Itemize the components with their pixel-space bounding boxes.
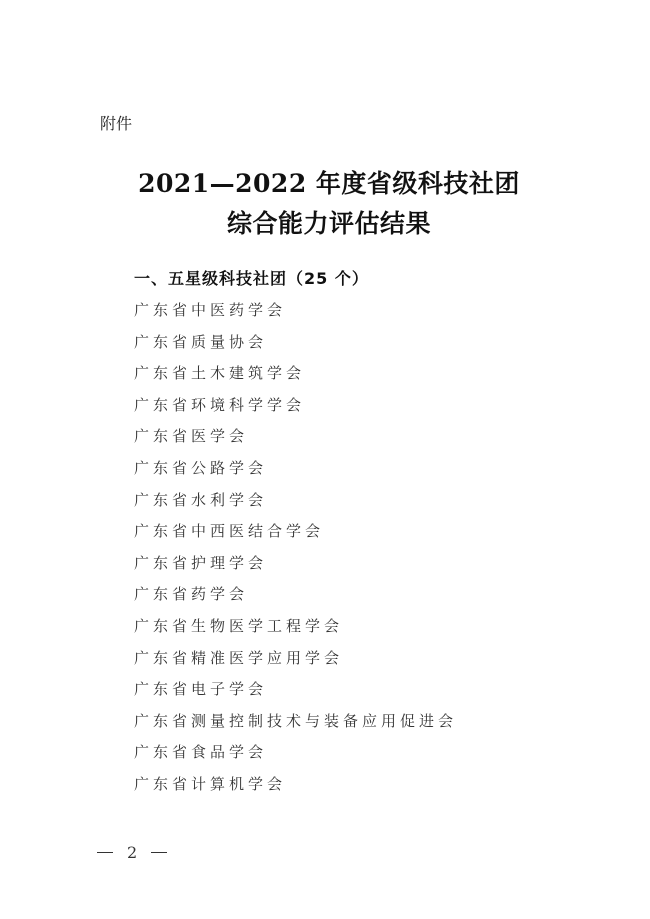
document-page: 附件 2021—2022 年度省级科技社团 综合能力评估结果 一、五星级科技社团… xyxy=(0,0,650,919)
list-item: 广东省测量控制技术与装备应用促进会 xyxy=(134,709,457,741)
list-item: 广东省生物医学工程学会 xyxy=(134,614,457,646)
list-item: 广东省土木建筑学会 xyxy=(134,361,457,393)
section-heading: 一、五星级科技社团（25 个） xyxy=(134,266,369,289)
list-item: 广东省电子学会 xyxy=(134,677,457,709)
list-item: 广东省中西医结合学会 xyxy=(134,519,457,551)
organization-list: 广东省中医药学会 广东省质量协会 广东省土木建筑学会 广东省环境科学学会 广东省… xyxy=(134,298,457,804)
list-item: 广东省精准医学应用学会 xyxy=(134,646,457,678)
document-title-line2: 综合能力评估结果 xyxy=(4,204,650,240)
list-item: 广东省中医药学会 xyxy=(134,298,457,330)
list-item: 广东省水利学会 xyxy=(134,488,457,520)
document-title-line1: 2021—2022 年度省级科技社团 xyxy=(4,164,650,200)
list-item: 广东省食品学会 xyxy=(134,740,457,772)
list-item: 广东省环境科学学会 xyxy=(134,393,457,425)
list-item: 广东省药学会 xyxy=(134,582,457,614)
list-item: 广东省公路学会 xyxy=(134,456,457,488)
dash-left xyxy=(97,852,113,854)
list-item: 广东省质量协会 xyxy=(134,330,457,362)
page-number: 2 xyxy=(97,843,167,862)
page-number-value: 2 xyxy=(127,843,137,862)
list-item: 广东省医学会 xyxy=(134,424,457,456)
list-item: 广东省计算机学会 xyxy=(134,772,457,804)
attachment-label: 附件 xyxy=(100,111,132,134)
list-item: 广东省护理学会 xyxy=(134,551,457,583)
dash-right xyxy=(151,852,167,854)
